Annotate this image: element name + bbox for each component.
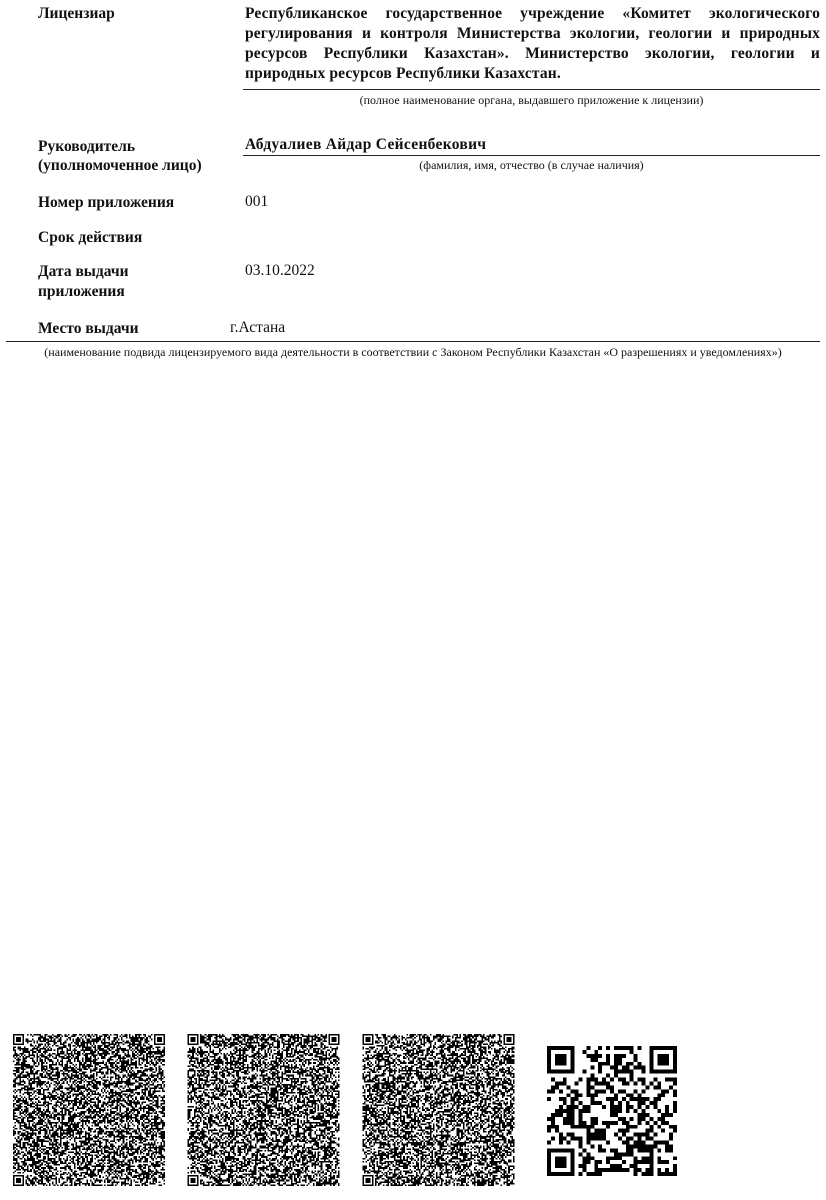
issue-place-hint: (наименование подвида лицензируемого вид…: [4, 345, 822, 360]
appendix-number-label: Номер приложения: [38, 193, 174, 213]
licensor-hint: (полное наименование органа, выдавшего п…: [243, 93, 820, 107]
head-hint: (фамилия, имя, отчество (в случае наличи…: [243, 158, 820, 172]
qr-code-4: [547, 1046, 677, 1176]
licensor-label: Лицензиар: [38, 4, 115, 24]
head-label-line2: (уполномоченное лицо): [38, 156, 202, 176]
qr-code-1: [13, 1034, 165, 1186]
head-underline: [243, 155, 820, 156]
qr-code-2-image: [187, 1034, 340, 1186]
issue-date-value: 03.10.2022: [245, 261, 315, 281]
issue-date-label-line1: Дата выдачи: [38, 262, 129, 282]
qr-code-4-image: [547, 1046, 677, 1176]
head-label-line1: Руководитель: [38, 137, 135, 157]
qr-code-3-image: [362, 1034, 515, 1186]
validity-label: Срок действия: [38, 228, 142, 248]
qr-code-3: [362, 1034, 515, 1186]
licensor-underline: [243, 89, 820, 90]
qr-code-2: [187, 1034, 340, 1186]
issue-place-underline: [6, 341, 820, 342]
issue-date-label-line2: приложения: [38, 282, 125, 302]
issue-place-value: г.Астана: [230, 318, 285, 338]
qr-code-1-image: [13, 1034, 165, 1186]
head-value: Абдуалиев Айдар Сейсенбекович: [245, 135, 486, 155]
issue-place-label: Место выдачи: [38, 319, 139, 339]
appendix-number-value: 001: [245, 192, 268, 212]
licensor-value: Республиканское государственное учрежден…: [245, 4, 820, 84]
